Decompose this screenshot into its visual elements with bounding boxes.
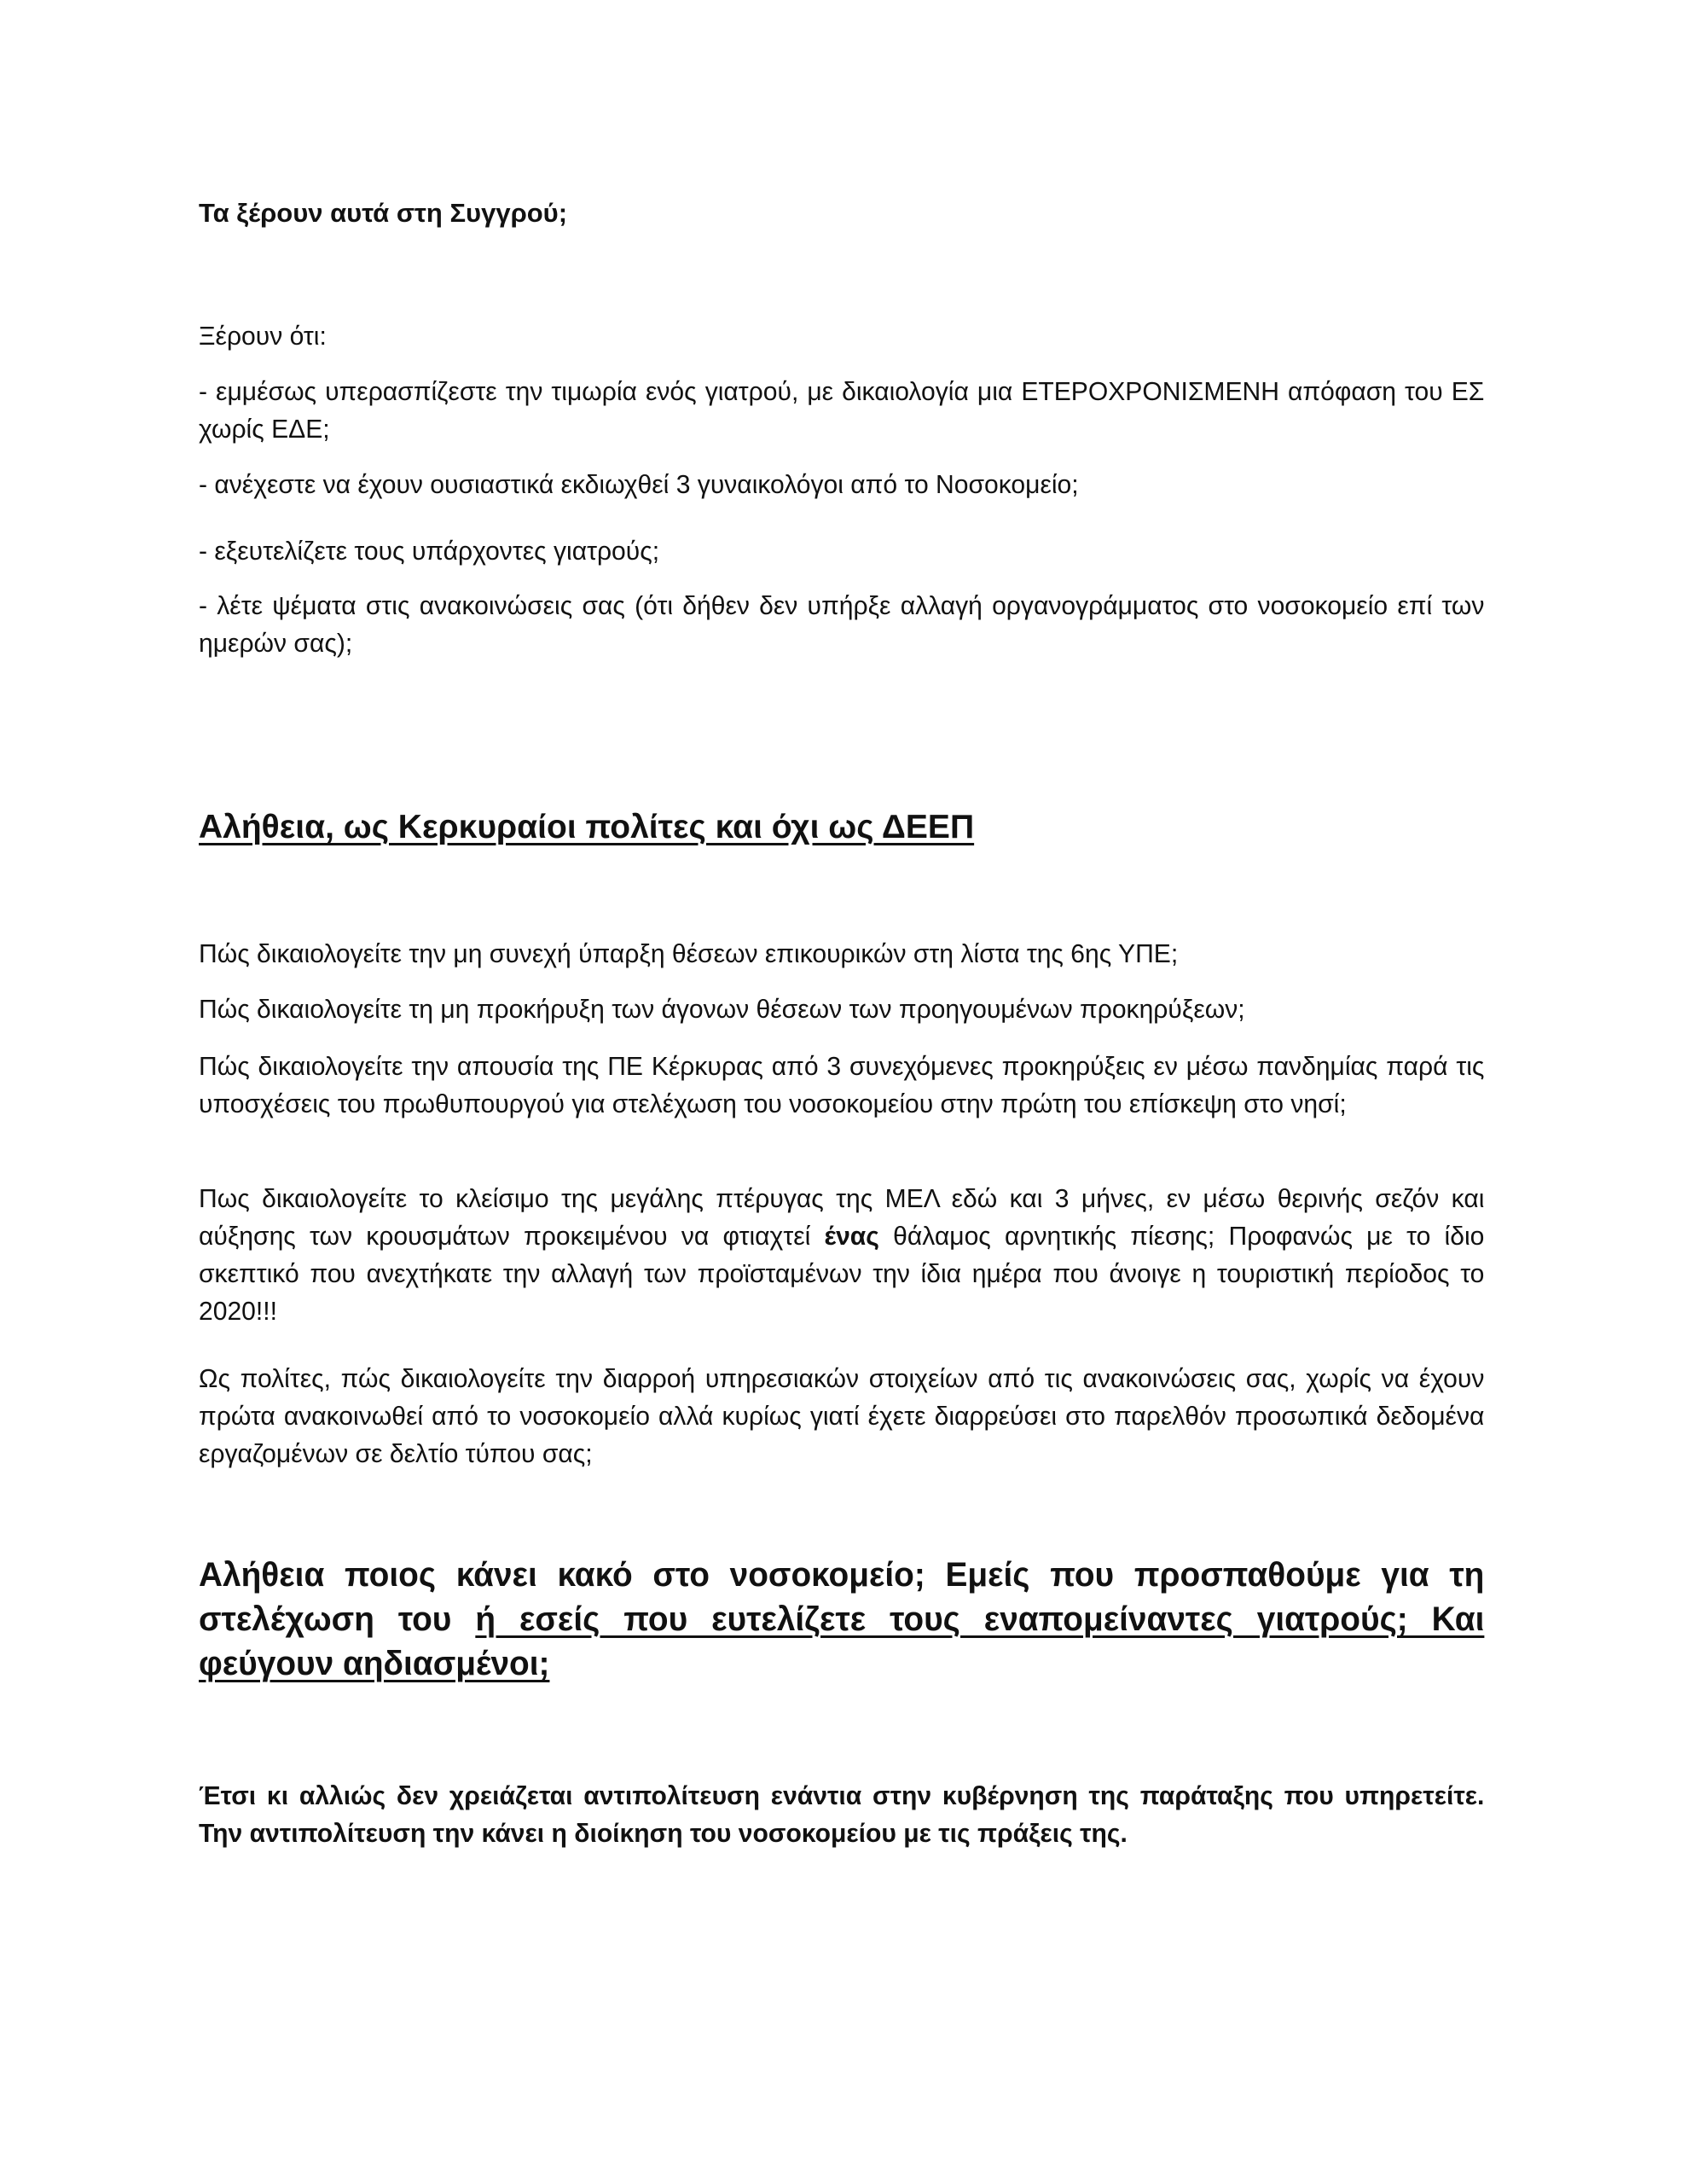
section-heading: Αλήθεια, ως Κερκυραίοι πολίτες και όχι ω… — [199, 806, 1484, 849]
bullet-item: - εξευτελίζετε τους υπάρχοντες γιατρούς; — [199, 532, 1484, 570]
document-page: Τα ξέρουν αυτά στη Συγγρού; Ξέρουν ότι: … — [0, 0, 1687, 2184]
bullet-item: - ανέχεστε να έχουν ουσιαστικά εκδιωχθεί… — [199, 466, 1484, 503]
closing-heading: Αλήθεια ποιος κάνει κακό στο νοσοκομείο;… — [199, 1553, 1484, 1686]
bullet-item: - λέτε ψέματα στις ανακοινώσεις σας (ότι… — [199, 587, 1484, 662]
question-item-4: Πως δικαιολογείτε το κλείσιμο της μεγάλη… — [199, 1180, 1484, 1330]
intro-text: Ξέρουν ότι: — [199, 317, 1484, 355]
question-item: Πώς δικαιολογείτε τη μη προκήρυξη των άγ… — [199, 990, 1484, 1028]
question-item: Πώς δικαιολογείτε την απουσία της ΠΕ Κέρ… — [199, 1048, 1484, 1123]
bullet-item: - εμμέσως υπερασπίζεστε την τιμωρία ενός… — [199, 373, 1484, 448]
question-item: Πώς δικαιολογείτε την μη συνεχή ύπαρξη θ… — [199, 935, 1484, 973]
question-4-emphasis: ένας — [825, 1221, 879, 1251]
closing-paragraph: Έτσι κι αλλιώς δεν χρειάζεται αντιπολίτε… — [199, 1777, 1484, 1852]
document-title: Τα ξέρουν αυτά στη Συγγρού; — [199, 196, 1484, 230]
question-item-5: Ως πολίτες, πώς δικαιολογείτε την διαρρο… — [199, 1360, 1484, 1472]
